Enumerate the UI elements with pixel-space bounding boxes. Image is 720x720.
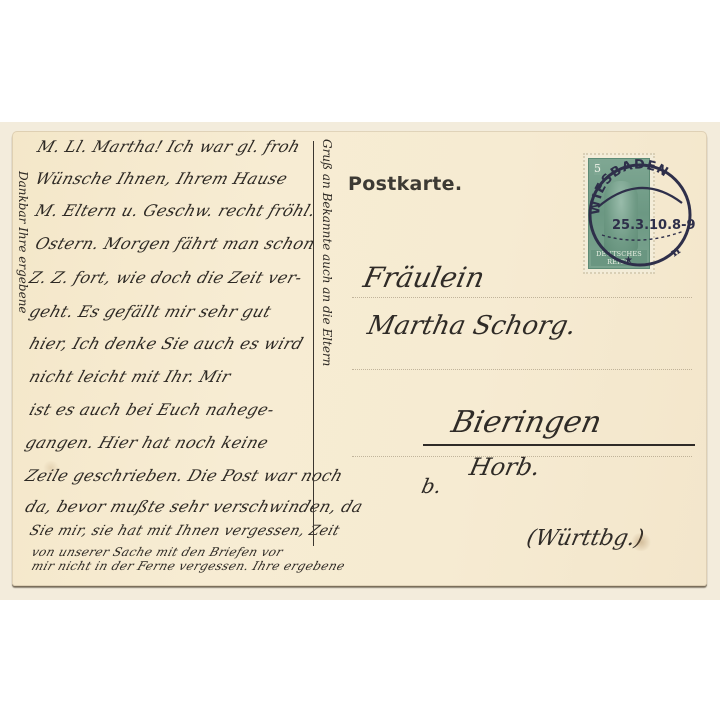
svg-text:★: ★: [624, 255, 633, 266]
message-line: M. Eltern u. Geschw. recht fröhl.: [33, 201, 318, 220]
message-line: von unserer Sache mit den Briefen vor: [30, 545, 285, 559]
foxing-stain: [42, 461, 60, 475]
divider-note: Gruß an Bekannte auch an die Eltern: [320, 139, 334, 366]
message-line: geht. Es gefällt mir sehr gut: [27, 302, 274, 321]
message-line: hier, Ich denke Sie auch es wird: [27, 334, 306, 353]
svg-text:25.3.10.8-9N: 25.3.10.8-9N: [612, 218, 696, 233]
message-line: gangen. Hier hat noch keine: [23, 433, 271, 452]
postmark-icon: WIESBADEN 25.3.10.8-9N ★ n: [584, 159, 696, 271]
message-line: Ostern. Morgen fährt man schon: [33, 234, 318, 253]
margin-note: Dankbar Ihre ergebene: [16, 171, 30, 314]
divider-line: [313, 141, 314, 546]
foxing-stain: [630, 533, 652, 551]
message-line: nicht leicht mit Ihr. Mir: [27, 367, 234, 386]
message-line: M. Ll. Martha! Ich war gl. froh: [35, 137, 303, 156]
message-line: ist es auch bei Euch nahege-: [27, 400, 277, 419]
message-line: Wünsche Ihnen, Ihrem Hause: [33, 169, 290, 188]
address-guide-line: [352, 297, 692, 298]
address-via: b.: [419, 474, 443, 498]
town-underline: [423, 444, 695, 446]
message-line: mir nicht in der Ferne vergessen. Ihre e…: [30, 559, 347, 573]
address-name: Martha Schorg.: [365, 311, 579, 341]
address-district: Horb.: [467, 453, 543, 481]
postcard: M. Ll. Martha! Ich war gl. froh Wünsche …: [12, 131, 707, 586]
address-region: (Württbg.): [524, 526, 646, 551]
svg-text:WIESBADEN: WIESBADEN: [588, 159, 671, 215]
postmark: WIESBADEN 25.3.10.8-9N ★ n: [584, 159, 696, 271]
message-line: Z. Z. fort, wie doch die Zeit ver-: [27, 268, 305, 287]
address-salutation: Fräulein: [360, 261, 487, 294]
postkarte-title: Postkarte.: [348, 173, 462, 195]
message-line: Sie mir, sie hat mit Ihnen vergessen, Ze…: [27, 523, 341, 539]
address-town: Bieringen: [448, 405, 604, 440]
address-guide-line: [352, 369, 692, 370]
message-line: Zeile geschrieben. Die Post war noch: [23, 466, 346, 485]
